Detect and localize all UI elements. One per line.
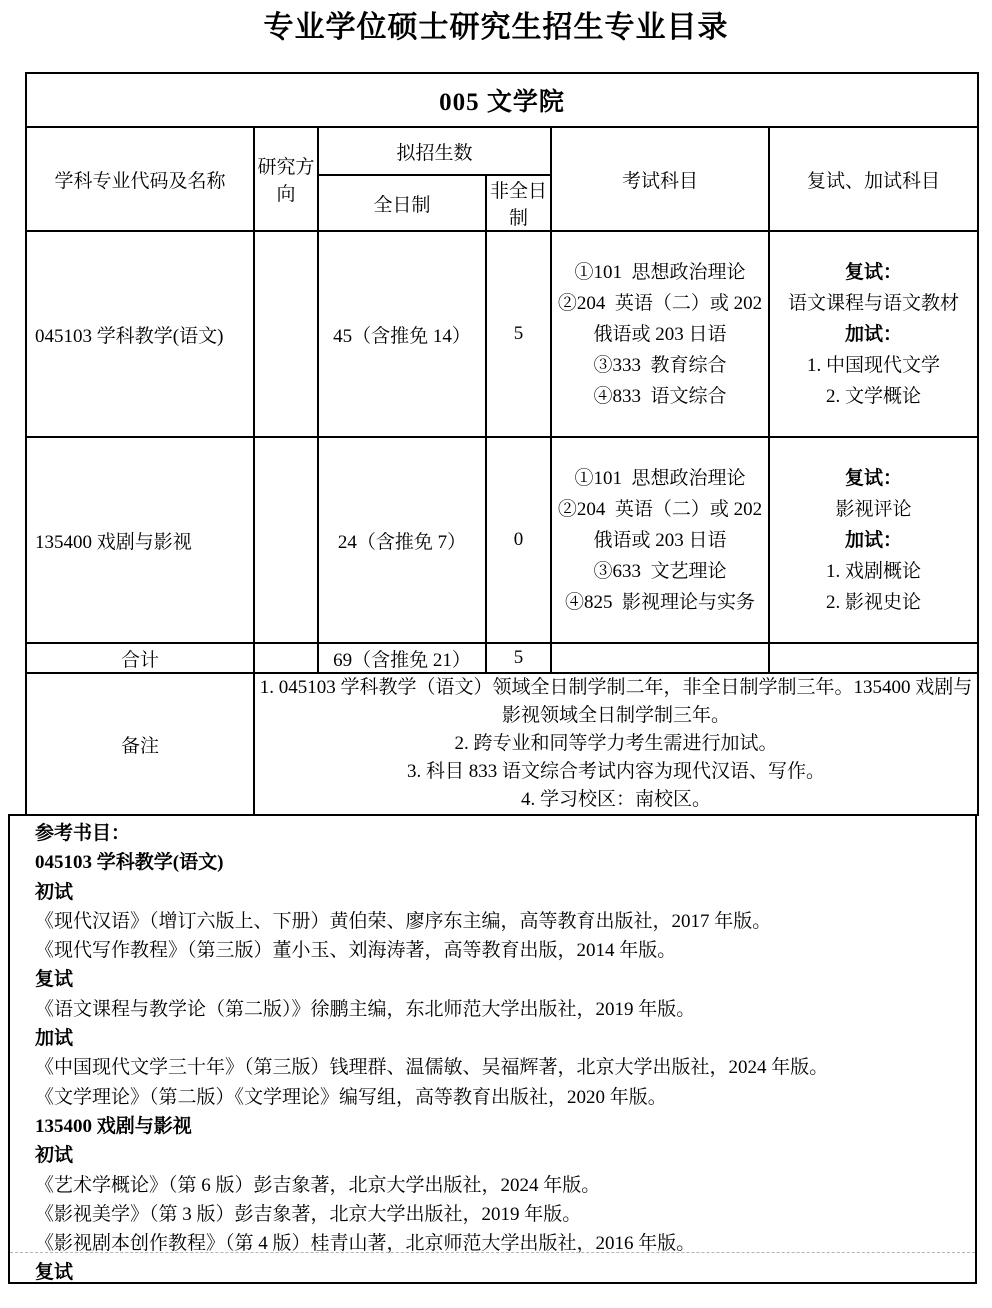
- table-header-row: 学科专业代码及名称 研究方向 拟招生数 考试科目 复试、加试科目: [26, 127, 978, 175]
- header-retest: 复试、加试科目: [769, 127, 978, 231]
- retest-subjects-cell: 复试：影视评论加试：1. 戏剧概论2. 影视史论: [769, 437, 978, 643]
- text-line: ①101 思想政治理论: [552, 257, 768, 288]
- text-line: 加试: [35, 1024, 975, 1053]
- text-line: ④833 语文综合: [552, 381, 768, 412]
- text-line: 复试: [35, 1258, 975, 1287]
- exam-subjects-cell: ①101 思想政治理论②204 英语（二）或 202俄语或 203 日语③333…: [551, 231, 769, 437]
- text-line: 3. 科目 833 语文综合考试内容为现代汉语、写作。: [255, 758, 977, 786]
- text-line: 2. 影视史论: [770, 587, 977, 618]
- text-line: 《现代写作教程》（第三版）董小玉、刘海涛著，高等教育出版，2014 年版。: [35, 936, 975, 965]
- text-line: 1. 045103 学科教学（语文）领域全日制学制二年，非全日制学制三年。135…: [255, 674, 977, 730]
- total-row: 合计 69（含推免 21） 5: [26, 643, 978, 673]
- retest-subjects-cell: 复试：语文课程与语文教材加试：1. 中国现代文学2. 文学概论: [769, 231, 978, 437]
- total-exam-cell: [551, 643, 769, 673]
- text-line: 复试：: [770, 463, 977, 494]
- text-line: ②204 英语（二）或 202: [552, 288, 768, 319]
- program-row: 135400 戏剧与影视 24（含推免 7） 0 ①101 思想政治理论②204…: [26, 437, 978, 643]
- remarks-label-cell: 备注: [26, 673, 254, 815]
- text-line: 1. 戏剧概论: [770, 556, 977, 587]
- text-line: 俄语或 203 日语: [552, 525, 768, 556]
- text-line: 《影视剧本创作教程》（第 4 版）桂青山著，北京师范大学出版社，2016 年版。: [35, 1229, 975, 1258]
- college-header-cell: 005 文学院: [26, 73, 978, 127]
- exam-subjects-cell: ①101 思想政治理论②204 英语（二）或 202俄语或 203 日语③633…: [551, 437, 769, 643]
- remarks-row: 备注 1. 045103 学科教学（语文）领域全日制学制二年，非全日制学制三年。…: [26, 673, 978, 815]
- text-line: 参考书目：: [35, 819, 975, 848]
- text-line: ②204 英语（二）或 202: [552, 494, 768, 525]
- text-line: ①101 思想政治理论: [552, 463, 768, 494]
- text-line: 《现代汉语》（增订六版上、下册）黄伯荣、廖序东主编，高等教育出版社，2017 年…: [35, 907, 975, 936]
- reference-section: 参考书目：045103 学科教学(语文)初试《现代汉语》（增订六版上、下册）黄伯…: [8, 814, 977, 1284]
- text-line: 语文课程与语文教材: [770, 288, 977, 319]
- total-retest-cell: [769, 643, 978, 673]
- reference-lines: 参考书目：045103 学科教学(语文)初试《现代汉语》（增订六版上、下册）黄伯…: [35, 819, 975, 1288]
- header-exam: 考试科目: [551, 127, 769, 231]
- college-header-row: 005 文学院: [26, 73, 978, 127]
- program-row: 045103 学科教学(语文) 45（含推免 14） 5 ①101 思想政治理论…: [26, 231, 978, 437]
- text-line: 《文学理论》（第二版）《文学理论》编写组，高等教育出版社，2020 年版。: [35, 1083, 975, 1112]
- text-line: 1. 中国现代文学: [770, 350, 977, 381]
- text-line: 《艺术学概论》（第 6 版）彭吉象著，北京大学出版社，2024 年版。: [35, 1171, 975, 1200]
- text-line: 俄语或 203 日语: [552, 319, 768, 350]
- header-fulltime: 全日制: [318, 175, 486, 231]
- text-line: 2. 文学概论: [770, 381, 977, 412]
- text-line: 2. 跨专业和同等学力考生需进行加试。: [255, 730, 977, 758]
- text-line: 《影视美学》（第 3 版）彭吉象著，北京大学出版社，2019 年版。: [35, 1200, 975, 1229]
- parttime-cell: 0: [486, 437, 551, 643]
- admission-table: 005 文学院 学科专业代码及名称 研究方向 拟招生数 考试科目 复试、加试科目…: [25, 72, 979, 816]
- text-line: 复试：: [770, 257, 977, 288]
- page-title: 专业学位硕士研究生招生专业目录: [0, 0, 992, 48]
- code-name-cell: 135400 戏剧与影视: [26, 437, 254, 643]
- text-line: 加试：: [770, 525, 977, 556]
- text-line: 4. 学习校区：南校区。: [255, 786, 977, 814]
- text-line: ③333 教育综合: [552, 350, 768, 381]
- total-direction-cell: [254, 643, 318, 673]
- fulltime-cell: 24（含推免 7）: [318, 437, 486, 643]
- fulltime-cell: 45（含推免 14）: [318, 231, 486, 437]
- header-parttime: 非全日制: [486, 175, 551, 231]
- document-page: 专业学位硕士研究生招生专业目录 005 文学院 学科专业代码及名称 研究方向 拟…: [0, 0, 992, 1308]
- direction-cell: [254, 231, 318, 437]
- header-planned: 拟招生数: [318, 127, 551, 175]
- total-fulltime-cell: 69（含推免 21）: [318, 643, 486, 673]
- total-label-cell: 合计: [26, 643, 254, 673]
- direction-cell: [254, 437, 318, 643]
- text-line: 初试: [35, 1141, 975, 1170]
- text-line: 045103 学科教学(语文): [35, 848, 975, 877]
- text-line: ④825 影视理论与实务: [552, 587, 768, 618]
- header-direction: 研究方向: [254, 127, 318, 231]
- total-parttime-cell: 5: [486, 643, 551, 673]
- text-line: 135400 戏剧与影视: [35, 1112, 975, 1141]
- text-line: 加试：: [770, 319, 977, 350]
- code-name-cell: 045103 学科教学(语文): [26, 231, 254, 437]
- text-line: ③633 文艺理论: [552, 556, 768, 587]
- text-line: 复试: [35, 965, 975, 994]
- text-line: 影视评论: [770, 494, 977, 525]
- text-line: 《中国现代文学三十年》（第三版）钱理群、温儒敏、吴福辉著，北京大学出版社，202…: [35, 1053, 975, 1082]
- remarks-content-cell: 1. 045103 学科教学（语文）领域全日制学制二年，非全日制学制三年。135…: [254, 673, 978, 815]
- page-break-line: [10, 1252, 975, 1253]
- header-code-name: 学科专业代码及名称: [26, 127, 254, 231]
- text-line: 《语文课程与教学论（第二版）》徐鹏主编，东北师范大学出版社，2019 年版。: [35, 995, 975, 1024]
- text-line: 初试: [35, 878, 975, 907]
- parttime-cell: 5: [486, 231, 551, 437]
